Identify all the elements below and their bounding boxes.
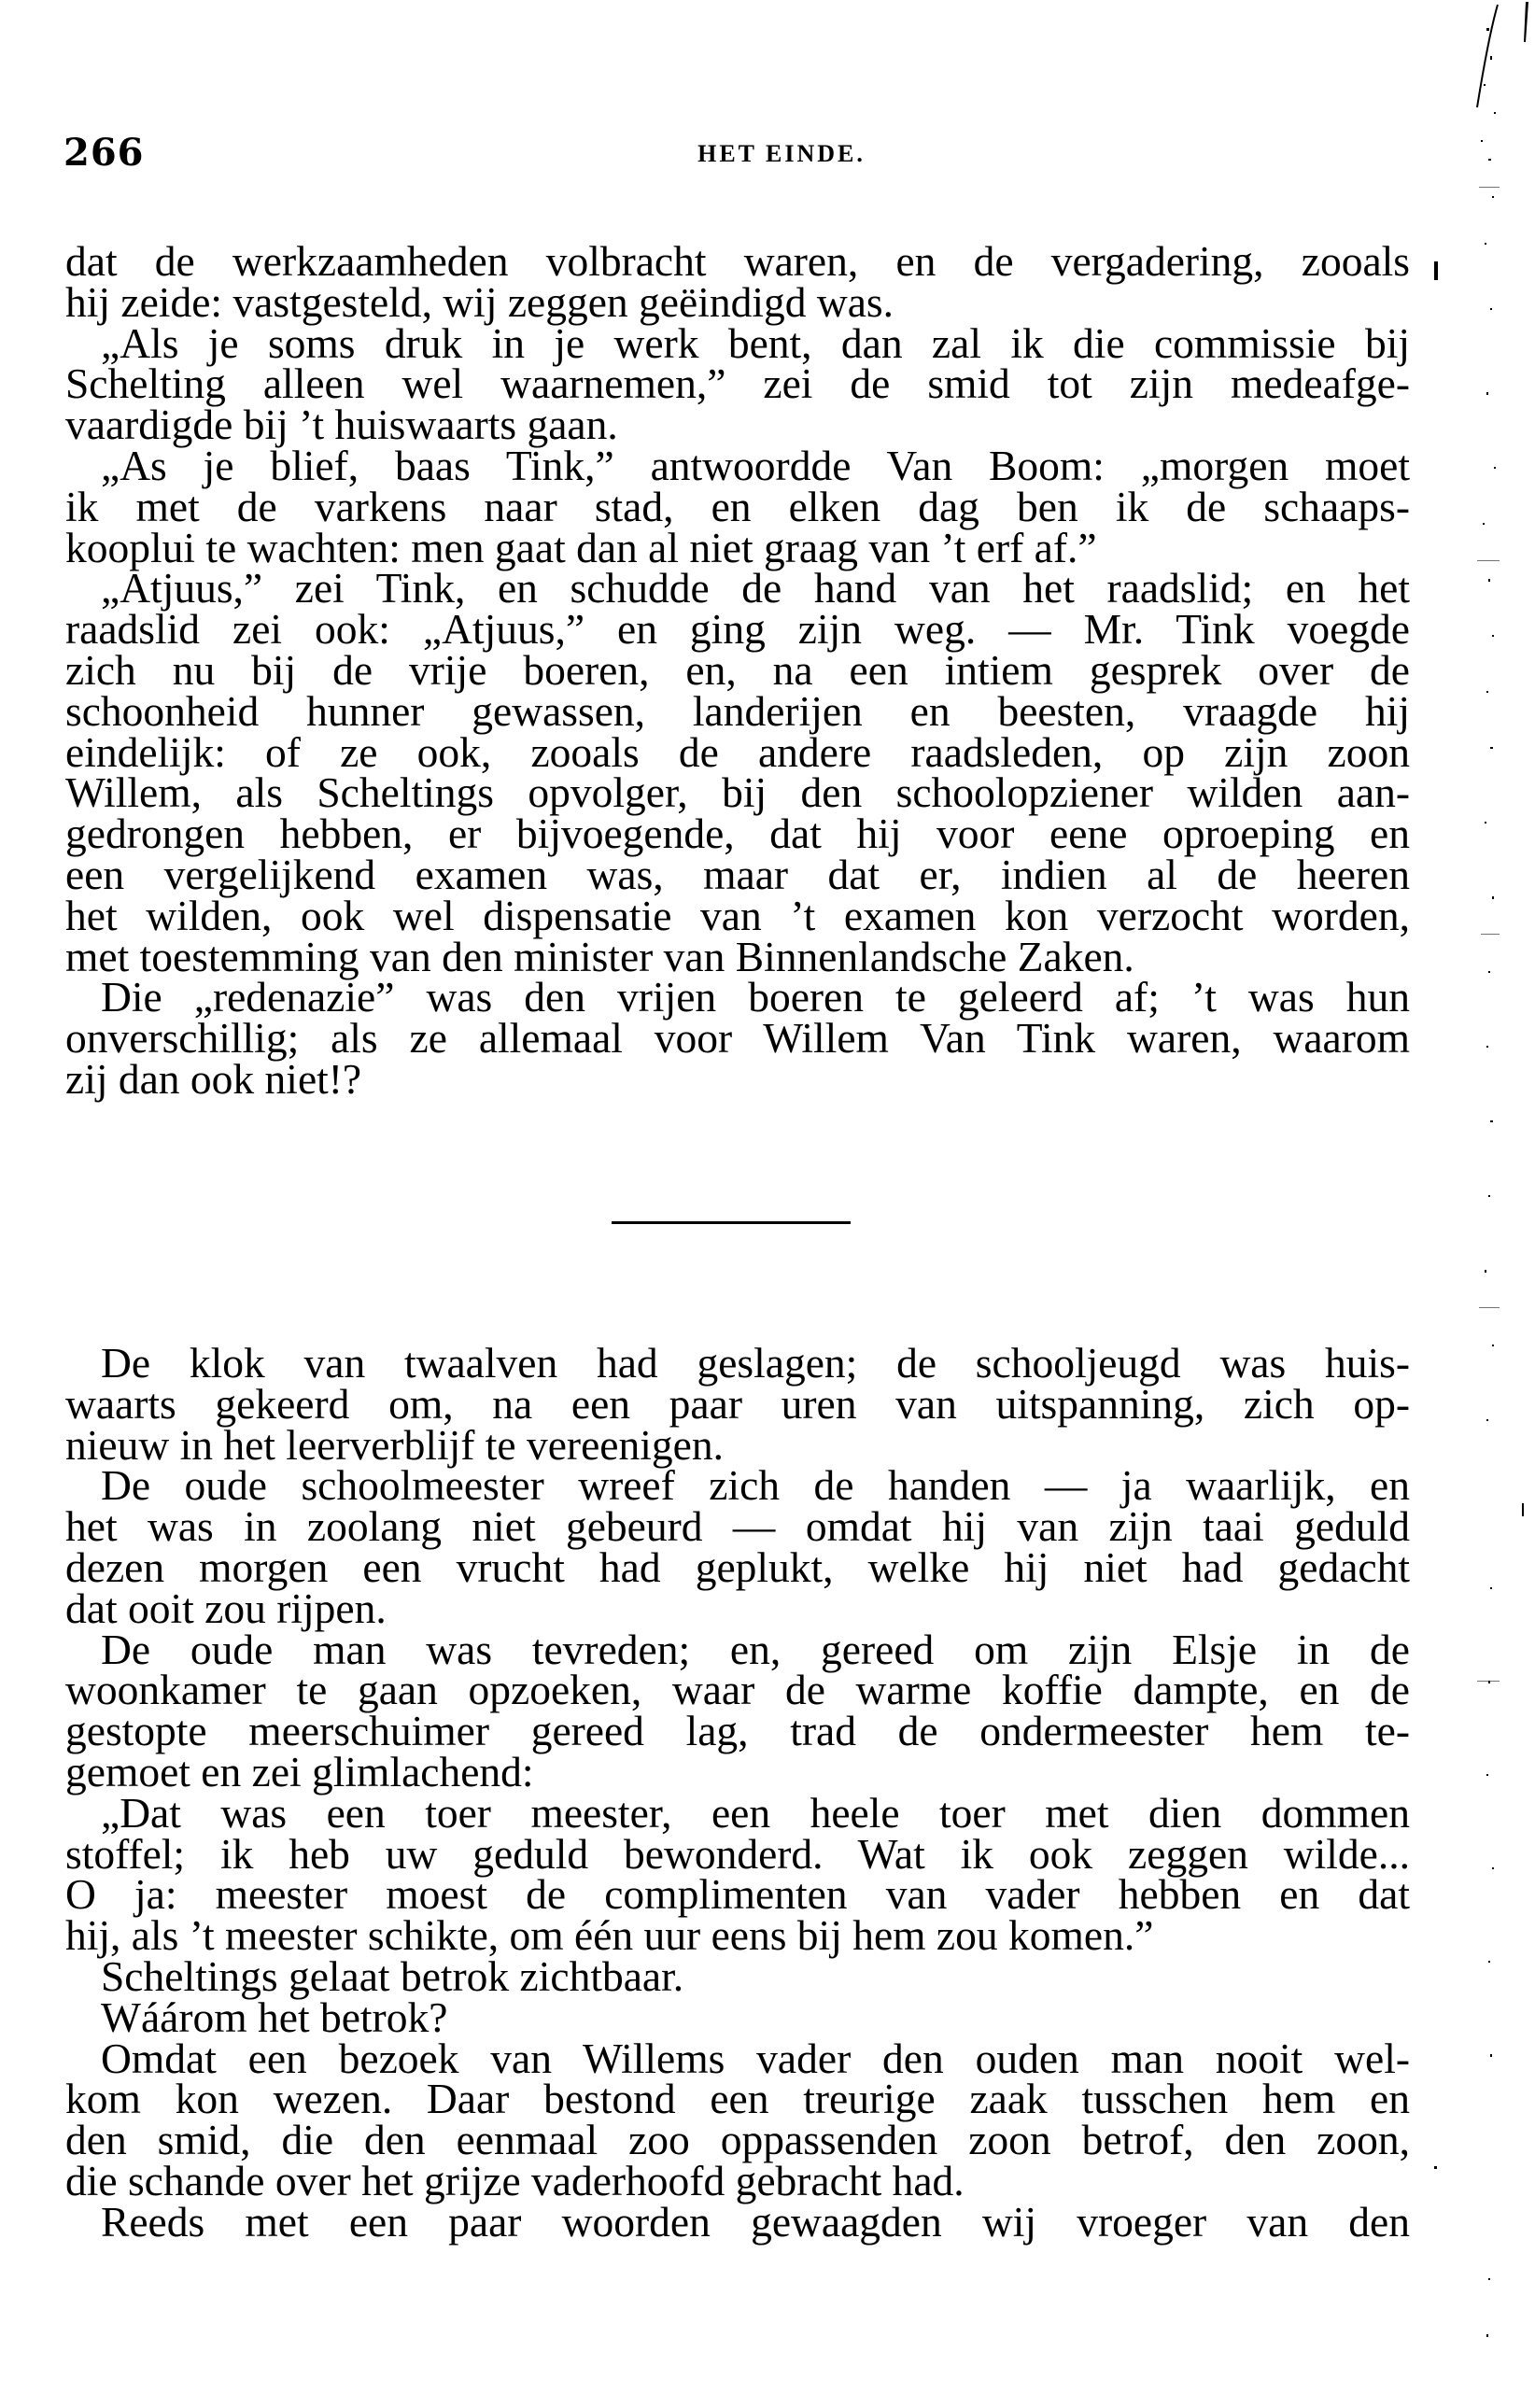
text-line: dat de werkzaamheden volbracht waren, en…	[65, 241, 1410, 282]
text-line: O ja: meester moest de complimenten van …	[65, 1874, 1410, 1915]
text-line: met toestemming van den minister van Bin…	[65, 936, 1410, 978]
text-line: Wáárom het betrok?	[65, 1997, 1410, 2038]
text-line: Die „redenazie” was den vrijen boeren te…	[65, 977, 1410, 1018]
text-line: De klok van twaalven had geslagen; de sc…	[65, 1343, 1410, 1384]
text-line: Omdat een bezoek van Willems vader den o…	[65, 2038, 1410, 2079]
text-line: Scheltings gelaat betrok zichtbaar.	[65, 1956, 1410, 1997]
text-line: „As je blief, baas Tink,” antwoordde Van…	[65, 445, 1410, 486]
section-separator-rule	[612, 1221, 851, 1224]
text-line: waarts gekeerd om, na een paar uren van …	[65, 1384, 1410, 1425]
text-line: onverschillig; als ze allemaal voor Will…	[65, 1018, 1410, 1059]
text-line: stoffel; ik heb uw geduld bewonderd. Wat…	[65, 1834, 1410, 1875]
text-line: het wilden, ook wel dispensatie van ’t e…	[65, 895, 1410, 936]
text-line: Reeds met een paar woorden gewaagden wij…	[65, 2202, 1410, 2243]
text-line: De oude man was tevreden; en, gereed om …	[65, 1629, 1410, 1670]
text-line: „Dat was een toer meester, een heele toe…	[65, 1793, 1410, 1834]
text-line: ik met de varkens naar stad, en elken da…	[65, 486, 1410, 528]
text-line: schoonheid hunner gewassen, landerijen e…	[65, 691, 1410, 732]
text-line: „Als je soms druk in je werk bent, dan z…	[65, 323, 1410, 364]
text-line: een vergelijkend examen was, maar dat er…	[65, 854, 1410, 895]
text-line: De oude schoolmeester wreef zich de hand…	[65, 1465, 1410, 1506]
running-title: HET EINDE.	[0, 140, 1535, 168]
text-section-1: dat de werkzaamheden volbracht waren, en…	[65, 241, 1410, 1100]
text-line: vaardigde bij ’t huiswaarts gaan.	[65, 404, 1410, 445]
text-line: „Atjuus,” zei Tink, en schudde de hand v…	[65, 568, 1410, 609]
text-line: nieuw in het leerverblijf te vereenigen.	[65, 1425, 1410, 1466]
text-line: gedrongen hebben, er bijvoegende, dat hi…	[65, 813, 1410, 854]
text-line: woonkamer te gaan opzoeken, waar de warm…	[65, 1669, 1410, 1711]
text-line: zij dan ook niet!?	[65, 1059, 1410, 1100]
text-line: die schande over het grijze vaderhoofd g…	[65, 2161, 1410, 2202]
text-line: den smid, die den eenmaal zoo oppassende…	[65, 2119, 1410, 2161]
text-line: dat ooit zou rijpen.	[65, 1588, 1410, 1629]
text-line: gestopte meerschuimer gereed lag, trad d…	[65, 1711, 1410, 1752]
scan-edge-noise	[1432, 0, 1535, 2408]
text-line: dezen morgen een vrucht had geplukt, wel…	[65, 1547, 1410, 1588]
text-line: kooplui te wachten: men gaat dan al niet…	[65, 528, 1410, 569]
text-line: het was in zoolang niet gebeurd — omdat …	[65, 1506, 1410, 1547]
text-line: zich nu bij de vrije boeren, en, na een …	[65, 650, 1410, 691]
text-line: eindelijk: of ze ook, zooals de andere r…	[65, 732, 1410, 773]
text-line: hij zeide: vastgesteld, wij zeggen geëin…	[65, 282, 1410, 323]
text-line: Schelting alleen wel waarnemen,” zei de …	[65, 363, 1410, 404]
text-line: hij, als ’t meester schikte, om één uur …	[65, 1915, 1410, 1956]
text-line: gemoet en zei glimlachend:	[65, 1752, 1410, 1793]
book-page: 266 HET EINDE. dat de werkzaamheden volb…	[0, 0, 1535, 2408]
text-section-2: De klok van twaalven had geslagen; de sc…	[65, 1343, 1410, 2243]
text-line: Willem, als Scheltings opvolger, bij den…	[65, 772, 1410, 813]
text-line: kom kon wezen. Daar bestond een treurige…	[65, 2078, 1410, 2119]
text-line: raadslid zei ook: „Atjuus,” en ging zijn…	[65, 609, 1410, 650]
